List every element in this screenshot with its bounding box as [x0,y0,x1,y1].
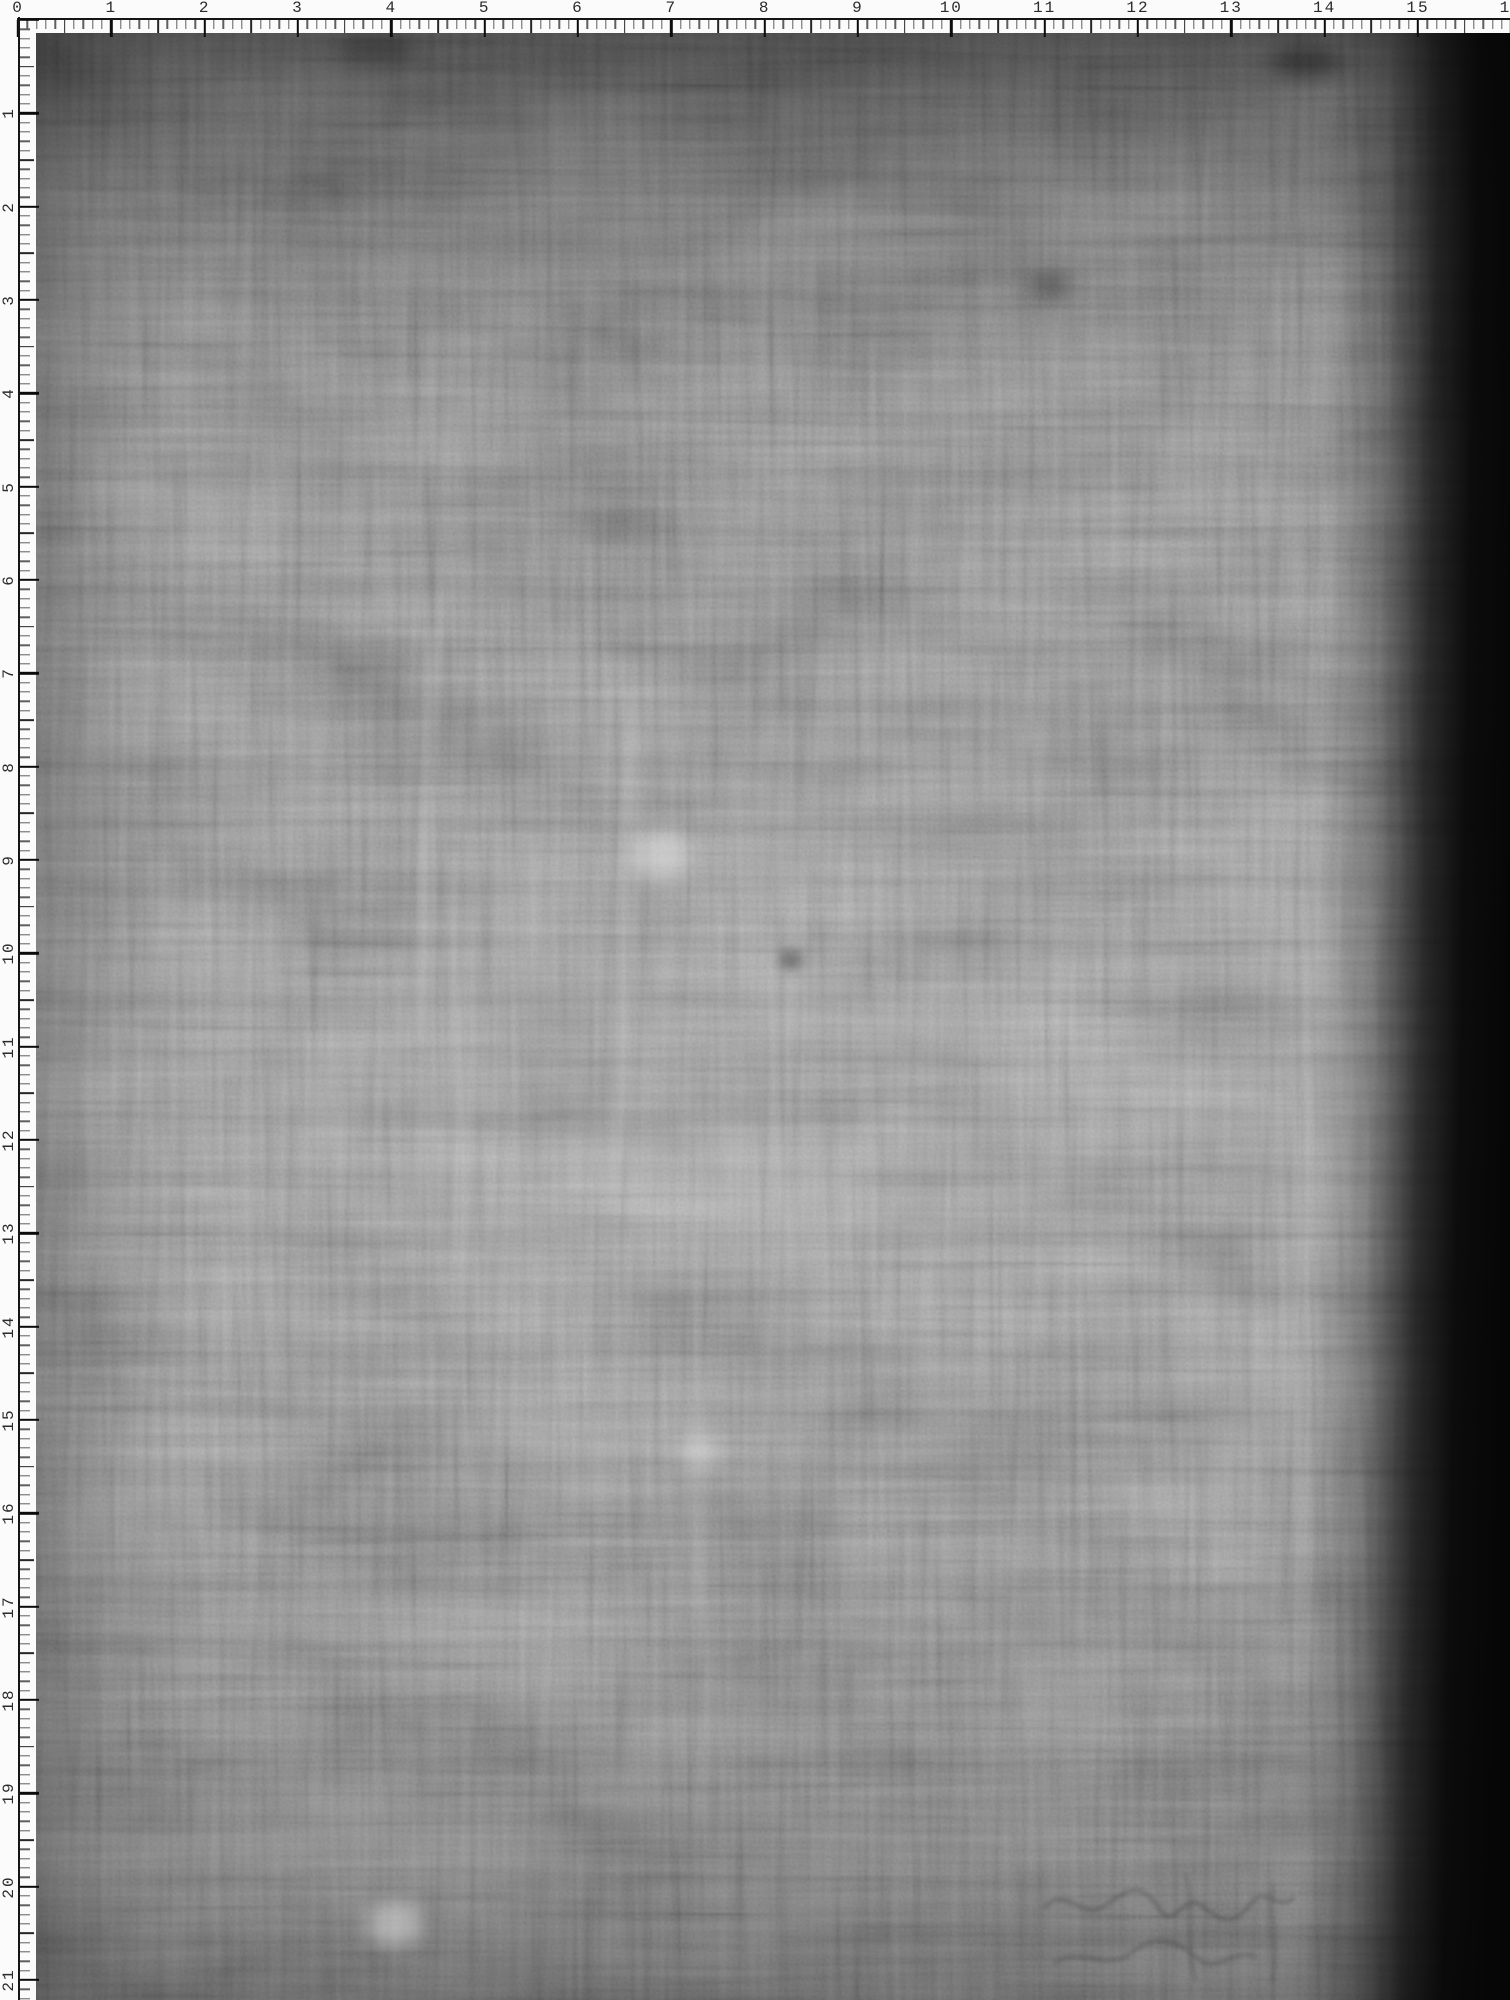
left-ruler-label: 11 [1,1035,17,1058]
ruler-tick [20,859,39,861]
ruler-tick [1408,20,1409,29]
ruler-tick [820,20,821,29]
ruler-tick [139,20,140,29]
ruler-tick [20,1905,30,1906]
ruler-tick [20,1111,30,1112]
ruler-tick [20,309,30,310]
ruler-tick [1399,20,1400,29]
ruler-tick [176,20,177,29]
ruler-tick [20,1223,30,1224]
ruler-tick [20,812,34,814]
ruler-tick [20,785,30,786]
ruler-tick [20,271,30,272]
ruler-tick [1147,20,1148,29]
ruler-tick [73,20,74,29]
ruler-tick [979,20,980,29]
ruler-tick [20,1718,30,1719]
ruler-tick [493,20,494,29]
ruler-tick [344,20,346,33]
ruler-tick [20,1792,39,1794]
left-ruler-label: 8 [1,761,17,773]
ruler-tick [1417,20,1419,37]
ruler-tick [20,57,30,58]
ruler-tick [288,20,289,29]
top-ruler-label: 2 [199,0,211,16]
left-ruler-label: 3 [1,294,17,306]
ruler-tick [20,1961,30,1962]
ruler-tick [20,262,30,263]
ruler-tick [624,20,626,33]
ruler-tick [512,20,513,29]
ruler-tick [633,20,634,29]
ruler-tick [20,1737,30,1738]
ruler-tick [20,1951,30,1952]
ruler-tick [1287,20,1288,29]
ruler-tick [20,1009,30,1010]
left-ruler-label: 2 [1,201,17,213]
ruler-tick [848,20,849,29]
ruler-tick [530,20,532,33]
ruler-tick [20,1083,30,1084]
ruler-tick [20,1335,30,1336]
ruler-tick [437,20,439,33]
ruler-tick [1323,20,1325,37]
ruler-tick [20,962,30,963]
ruler-tick [20,458,30,459]
ruler-tick [20,66,34,68]
ruler-tick [456,20,457,29]
ruler-tick [20,1774,30,1775]
ruler-tick [465,20,466,29]
ruler-tick [20,1727,30,1728]
ruler-tick [20,589,30,590]
ruler-tick [409,20,410,29]
ruler-tick [20,1279,34,1281]
ruler-tick [20,1018,30,1019]
ruler-tick [1025,20,1026,29]
ruler-tick [932,20,933,29]
ruler-tick [652,20,653,29]
ruler-tick [20,1325,39,1327]
ruler-tick [20,439,34,441]
ruler-tick [20,981,30,982]
ruler-tick [20,467,30,468]
ruler-tick [20,1821,30,1822]
top-ruler-label: 12 [1126,0,1149,16]
ruler-tick [20,1830,30,1831]
ruler-tick [20,197,30,198]
ruler-tick [20,1317,30,1318]
top-ruler: 012345678910111213141516 [0,0,1510,40]
left-ruler-label: 5 [1,481,17,493]
ruler-tick [20,906,34,908]
ruler-tick [20,1242,30,1243]
ruler-tick [20,1877,30,1878]
ruler-tick [20,598,30,599]
ruler-tick [20,1410,30,1411]
ruler-tick [447,20,448,29]
left-ruler-label: 20 [1,1875,17,1898]
ruler-tick [1035,20,1036,29]
ruler-tick [1165,20,1166,29]
ruler-tick [20,1699,39,1701]
ruler-tick [670,20,672,37]
ruler-tick [549,20,550,29]
ruler-tick [20,365,30,366]
ruler-tick [20,645,30,646]
ruler-tick [20,1867,30,1868]
ruler-tick [20,999,34,1001]
ruler-tick [1315,20,1316,29]
ruler-tick [120,20,121,29]
manuscript-scan-page: { "ruler": { "px_per_cm": 93.33, "origin… [0,0,1510,2000]
ruler-tick [20,663,30,664]
ruler-tick [185,20,186,29]
ruler-tick [20,878,30,879]
ruler-tick [20,1205,30,1206]
ruler-tick [20,1979,39,1981]
ruler-tick [20,719,34,721]
ruler-tick [110,20,112,37]
ruler-tick [20,1485,30,1486]
ruler-tick [913,20,914,29]
ruler-tick [1016,20,1017,29]
ruler-tick [20,1541,30,1542]
ruler-tick [20,710,30,711]
left-ruler-label: 15 [1,1408,17,1431]
ruler-tick [213,20,214,29]
ruler-tick [680,20,681,29]
ruler-tick [20,411,30,412]
ruler-tick [1128,20,1129,29]
ruler-tick [390,20,392,37]
ruler-tick [20,215,30,216]
ruler-tick [20,1457,30,1458]
ruler-tick [20,225,30,226]
ruler-tick [20,402,30,403]
ruler-tick [1053,20,1054,29]
ruler-tick [1501,20,1502,29]
ruler-tick [195,20,196,29]
left-ruler-label: 7 [1,667,17,679]
ruler-tick [20,1605,39,1607]
ruler-tick [20,943,30,944]
ruler-tick [1203,20,1204,29]
ruler-tick [20,205,39,207]
top-ruler-label: 1 [106,0,118,16]
ruler-tick [717,20,719,33]
ruler-tick [20,187,30,188]
ruler-tick [20,607,30,608]
ruler-tick [20,1429,30,1430]
ruler-tick [1455,20,1456,29]
ruler-tick [20,841,30,842]
ruler-tick [20,887,30,888]
ruler-tick [1109,20,1110,29]
ruler-tick [950,20,952,37]
ruler-tick [20,1559,34,1561]
ruler-tick [20,1289,30,1290]
ruler-tick [20,29,30,30]
ruler-tick [1212,20,1213,29]
ruler-tick [20,1372,34,1374]
ruler-tick [20,952,39,954]
ruler-tick [1043,20,1045,37]
ruler-tick [1259,20,1260,29]
ruler-tick [773,20,774,29]
top-ruler-label: 5 [479,0,491,16]
ruler-tick [20,281,30,282]
ruler-tick [1427,20,1428,29]
top-ruler-label: 8 [759,0,771,16]
ruler-tick [20,1363,30,1364]
ruler-tick [20,38,30,39]
ruler-tick [20,579,39,581]
ruler-tick [363,20,364,29]
ruler-tick [20,1942,30,1943]
ruler-tick [20,1186,34,1188]
ruler-tick [1193,20,1194,29]
ruler-tick [1268,20,1269,29]
ruler-tick [20,1167,30,1168]
ruler-tick [755,20,756,29]
left-ruler-label: 16 [1,1502,17,1525]
ruler-tick [20,1671,30,1672]
ruler-tick [20,1251,30,1252]
ruler-tick [20,1045,39,1047]
left-ruler-label: 19 [1,1782,17,1805]
ruler-tick [727,20,728,29]
ruler-tick [941,20,942,29]
ruler-tick [1175,20,1176,29]
ruler-tick [1436,20,1437,29]
left-ruler-label: 4 [1,388,17,400]
ruler-tick [1072,20,1073,29]
ruler-tick [1296,20,1297,29]
ruler-tick [20,897,30,898]
left-ruler-label: 13 [1,1222,17,1245]
ruler-tick [20,682,30,683]
ruler-tick [661,20,662,29]
ruler-tick [20,925,30,926]
ruler-tick [1007,20,1008,29]
ruler-tick [92,20,93,29]
ruler-tick [20,1709,30,1710]
ruler-tick [20,392,39,394]
ruler-tick [20,1989,30,1990]
ruler-tick [20,1783,30,1784]
ruler-tick [20,691,30,692]
ruler-tick [1063,20,1064,29]
ruler-tick [20,822,30,823]
ruler-tick [419,20,420,29]
left-ruler-label: 12 [1,1128,17,1151]
ruler-tick [20,299,39,301]
ruler-tick [20,131,30,132]
ruler-tick [20,654,30,655]
ruler-tick [20,327,30,328]
left-ruler-label: 18 [1,1688,17,1711]
ruler-tick [148,20,149,29]
top-ruler-label: 3 [292,0,304,16]
ruler-tick [839,20,840,29]
ruler-tick [20,803,30,804]
ruler-tick [20,775,30,776]
top-ruler-label: 16 [1500,0,1510,16]
ruler-tick [20,1755,30,1756]
ruler-tick [20,495,30,496]
ruler-tick [20,1177,30,1178]
ruler-tick [20,1522,30,1523]
ruler-tick [20,374,30,375]
ruler-tick [20,150,30,151]
ruler-tick [20,542,30,543]
ruler-tick [1464,20,1466,33]
ruler-tick [20,85,30,86]
ruler-tick [20,252,34,254]
ruler-tick [428,20,429,29]
ruler-tick [20,485,39,487]
ruler-tick [279,20,280,29]
ruler-tick [20,794,30,795]
ruler-tick [867,20,868,29]
ruler-tick [20,1149,30,1150]
top-ruler-label: 15 [1406,0,1429,16]
ruler-tick [20,1232,39,1234]
ruler-tick [20,122,30,123]
ruler-tick [20,178,30,179]
ruler-tick [20,1512,39,1514]
ruler-tick [372,20,373,29]
ruler-tick [1343,20,1344,29]
ruler-tick [708,20,709,29]
ruler-tick [895,20,896,29]
ruler-tick [960,20,961,29]
ruler-tick [20,337,30,338]
ruler-tick [1473,20,1474,29]
ruler-tick [20,1849,30,1850]
ruler-tick [20,1597,30,1598]
left-ruler-label: 9 [1,854,17,866]
ruler-tick [20,1195,30,1196]
ruler-tick [1240,20,1241,29]
ruler-tick [20,1298,30,1299]
ruler-tick [20,1634,30,1635]
ruler-tick [335,20,336,29]
ruler-tick [20,1895,30,1896]
ruler-tick [699,20,700,29]
ruler-tick [857,20,859,37]
ruler-tick [1137,20,1139,37]
ruler-tick [20,1419,39,1421]
ruler-tick [20,635,30,636]
ruler-tick [20,1345,30,1346]
ruler-tick [20,103,30,104]
ruler-tick [577,20,579,37]
ruler-tick [101,20,102,29]
ruler-tick [241,20,242,29]
scan-stage: 012345678910111213141516 123456789101112… [0,0,1510,2000]
ruler-tick [1249,20,1250,29]
ruler-tick [20,1354,30,1355]
ruler-tick [503,20,504,29]
ruler-tick [783,20,784,29]
ruler-tick [353,20,354,29]
left-ruler-label: 14 [1,1315,17,1338]
ruler-tick [381,20,382,29]
ruler-tick [20,1932,34,1934]
ruler-tick [20,1270,30,1271]
ruler-tick [792,20,793,29]
ruler-tick [876,20,877,29]
ruler-tick [1333,20,1334,29]
ruler-tick [1370,20,1372,33]
ruler-tick [20,1027,30,1028]
ruler-tick [20,1569,30,1570]
ruler-tick [20,1092,34,1094]
ruler-tick [20,141,30,142]
ruler-tick [20,990,30,991]
ruler-tick [20,570,30,571]
left-ruler-label: 17 [1,1595,17,1618]
left-ruler-label: 1 [1,108,17,120]
ruler-tick [969,20,970,29]
ruler-tick [1389,20,1390,29]
ruler-tick [20,915,30,916]
ruler-tick [20,1662,30,1663]
manuscript-photo [36,33,1510,2000]
ruler-tick [904,20,906,33]
ruler-tick [157,20,159,33]
ruler-tick [55,20,56,29]
ruler-tick [20,234,30,235]
ruler-tick [167,20,168,29]
ruler-tick [20,1158,30,1159]
ruler-tick [1361,20,1362,29]
ruler-tick [129,20,130,29]
ruler-tick [1119,20,1120,29]
ruler-tick [801,20,802,29]
ruler-tick [20,934,30,935]
ruler-tick [20,1121,30,1122]
ruler-tick [20,1643,30,1644]
ruler-tick [250,20,252,33]
top-ruler-label: 13 [1220,0,1243,16]
ruler-tick [1156,20,1157,29]
ruler-tick [20,1055,30,1056]
ruler-tick [20,1746,34,1748]
ruler-tick [988,20,989,29]
ruler-tick [20,383,30,384]
ruler-tick [20,1466,34,1468]
left-ruler-label: 10 [1,942,17,965]
ruler-tick [20,505,30,506]
ruler-tick [20,1065,30,1066]
ruler-tick [20,1998,30,1999]
ruler-tick [223,20,224,29]
ruler-tick [20,1914,30,1915]
ruler-tick [923,20,924,29]
ruler-tick [20,1765,30,1766]
ruler-tick [885,20,886,29]
ruler-tick [20,318,30,319]
ruler-tick [20,1391,30,1392]
ruler-tick [20,1839,34,1841]
ruler-tick [20,1139,39,1141]
ruler-tick [325,20,326,29]
ruler-tick [736,20,737,29]
ruler-tick [829,20,830,29]
